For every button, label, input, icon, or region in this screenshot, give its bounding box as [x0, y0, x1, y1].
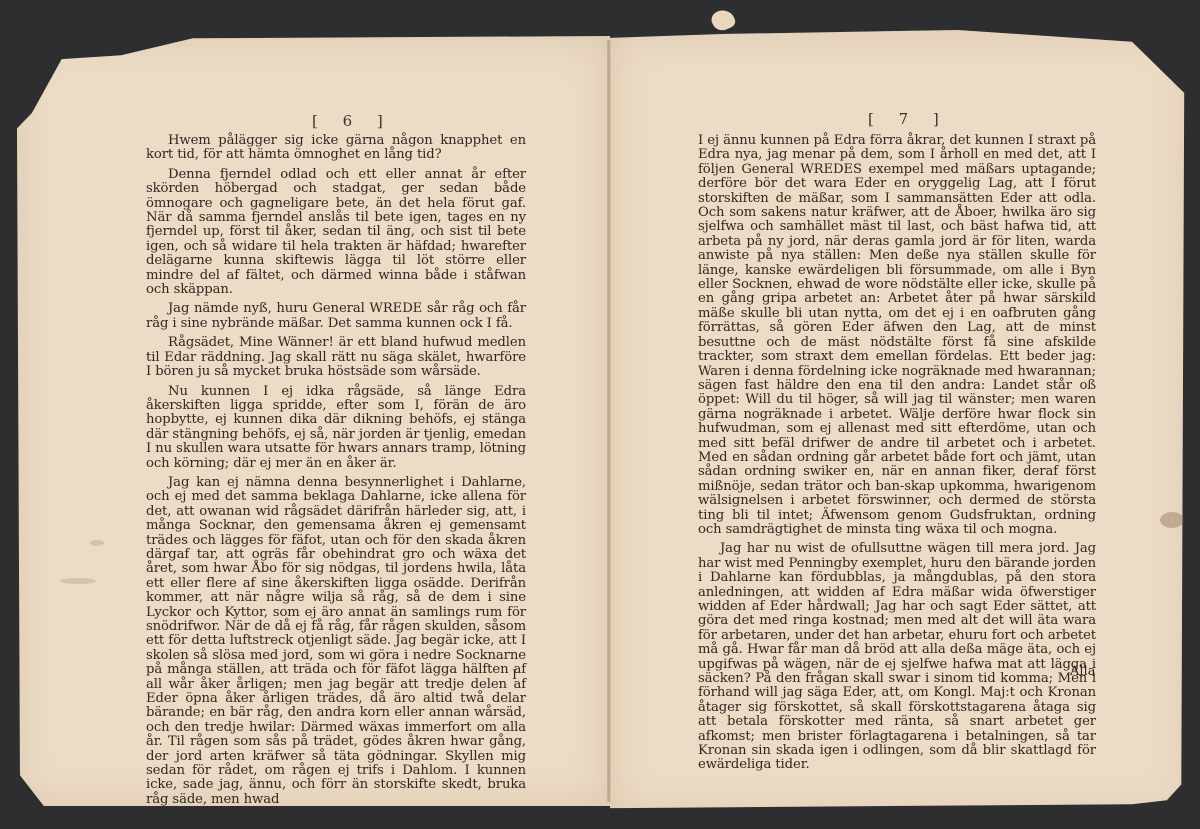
catchword-left: I — [512, 668, 517, 683]
paragraph: I ej ännu kunnen på Edra förra åkrar, de… — [698, 134, 1096, 537]
paragraph: Rågsädet, Mine Wänner! är ett bland hufw… — [146, 336, 526, 379]
paragraph: Jag har nu wist de ofullsuttne wägen til… — [698, 542, 1096, 773]
catchword-right: Alla — [1070, 664, 1095, 679]
right-page-text: I ej ännu kunnen på Edra förra åkrar, de… — [698, 134, 1096, 778]
stain-mark — [1160, 512, 1184, 528]
paragraph: Jag kan ej nämna denna besynnerlighet i … — [146, 476, 526, 807]
paragraph: Jag nämde nyß, huru General WREDE sår rå… — [146, 302, 526, 331]
page-number-right: [ 7 ] — [868, 110, 949, 128]
paragraph: Nu kunnen I ej idka rågsäde, så länge Ed… — [146, 385, 526, 471]
paragraph: Hwem pålägger sig icke gärna någon knapp… — [146, 134, 526, 163]
book-spine — [607, 40, 611, 802]
paragraph: Denna fjerndel odlad och ett eller annat… — [146, 168, 526, 298]
paper-scrap — [709, 6, 737, 33]
page-number-left: [ 6 ] — [312, 112, 393, 130]
left-page-text: Hwem pålägger sig icke gärna någon knapp… — [146, 134, 526, 812]
stain-mark — [60, 578, 96, 584]
stain-mark — [90, 540, 104, 546]
